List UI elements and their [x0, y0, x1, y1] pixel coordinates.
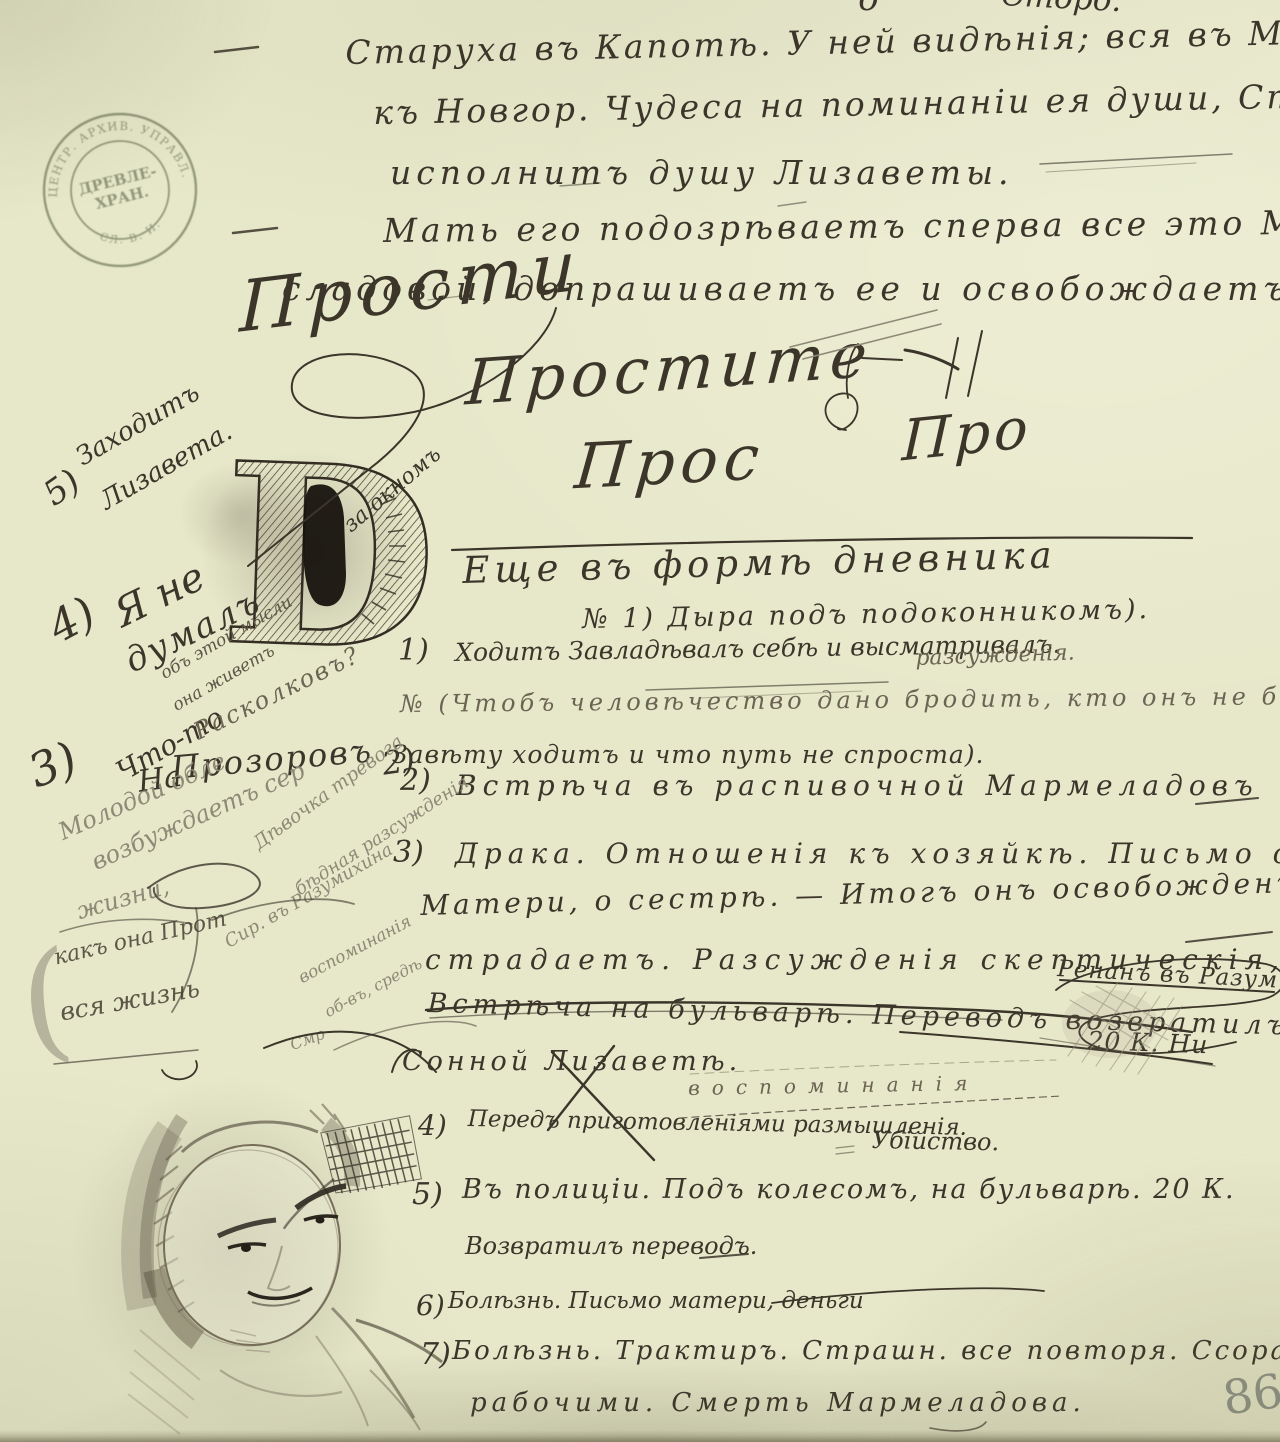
- margin-note-3-number: 3): [22, 734, 83, 794]
- face-sketch-drawing: [70, 1040, 470, 1440]
- item-7-text-b: рабочими. Смерть Мармеладова.: [470, 1390, 1086, 1416]
- margin-note-4-number: 4): [42, 591, 103, 651]
- calligraphy-prostite: Простите: [464, 324, 875, 415]
- calligraphy-prosti: Прости: [239, 230, 584, 343]
- item-6-text: Болѣзнь. Письмо матери, деньги: [448, 1290, 864, 1313]
- stamp-ring-text-bottom: СЛ. В. И.: [96, 216, 167, 253]
- page-number: 86: [1220, 1368, 1280, 1423]
- item-4-text-b: Убійство.: [872, 1128, 1000, 1154]
- top-edge-fragment-word: Сторб.: [1000, 0, 1122, 17]
- item-1-parenthetical-b: Завѣту ходитъ и что путь не спроста).: [392, 742, 985, 767]
- item-number-6: 6): [416, 1292, 445, 1320]
- margin-note-5-number: 5): [38, 464, 86, 512]
- item-2-text: Встрѣча въ распивочной Мармеладовъ: [456, 772, 1259, 800]
- handwriting-line: къ Новгор. Чудеса на поминаніи ея души, …: [373, 78, 1280, 129]
- archive-stamp: ЦЕНТР. АРХИВ. УПРАВЛ. СЛ. В. И. ДРЕВЛЕ- …: [36, 106, 204, 274]
- item-1-parenthetical-a: № (Чтобъ человѣчество дано бродить, кто …: [400, 684, 1280, 716]
- svg-text:СЛ. В. И.: СЛ. В. И.: [96, 216, 167, 253]
- item-1-aside: разсужденія.: [915, 642, 1075, 670]
- pencil-note-underlined: вся жизнь: [58, 975, 201, 1024]
- item-4-insert: воспоминанія: [688, 1073, 979, 1098]
- item-5-text: Въ полиціи. Подъ колесомъ, на бульварѣ. …: [462, 1176, 1236, 1203]
- diary-title: Еще въ формѣ дневника: [462, 536, 1057, 589]
- diary-note: № 1) Дыра подъ подоконникомъ).: [582, 596, 1150, 633]
- manuscript-page: ЦЕНТР. АРХИВ. УПРАВЛ. СЛ. В. И. ДРЕВЛЕ- …: [0, 0, 1280, 1442]
- item-7-text: Болѣзнь. Трактиръ. Страшн. все повторя. …: [452, 1338, 1280, 1364]
- item-number-3: 3): [393, 838, 424, 868]
- item-3-text-b: Матери, о сестрѣ. — Итогъ онъ освобожден…: [420, 869, 1280, 920]
- d-black-bar: [303, 484, 346, 606]
- item-3-text-d: Сонной Лизаветѣ.: [402, 1048, 741, 1075]
- item-number-5: 5): [412, 1180, 443, 1210]
- item7-period-flourish: [930, 1422, 986, 1431]
- calligraphy-pro: Про: [901, 400, 1033, 470]
- calligraphy-pros: Прос: [573, 426, 768, 498]
- handwriting-line: исполнитъ душу Лизаветы.: [390, 156, 1013, 189]
- handwriting-line: Старуха въ Капотѣ. У ней видѣнія; вся въ…: [345, 12, 1280, 69]
- item-3-text: Драка. Отношенія къ хозяйкѣ. Письмо отъ: [455, 840, 1280, 868]
- item-number-7: 7): [420, 1340, 451, 1370]
- item-5-text-b: Возвратилъ переводъ.: [465, 1234, 757, 1258]
- item-number-1: 1): [398, 636, 429, 666]
- item-number-4: 4): [418, 1112, 447, 1140]
- top-edge-fragment: б: [858, 0, 879, 16]
- pencil-note: жизни,: [74, 874, 172, 923]
- crossed-out-line-end: 20 К. Ни: [1087, 1028, 1209, 1057]
